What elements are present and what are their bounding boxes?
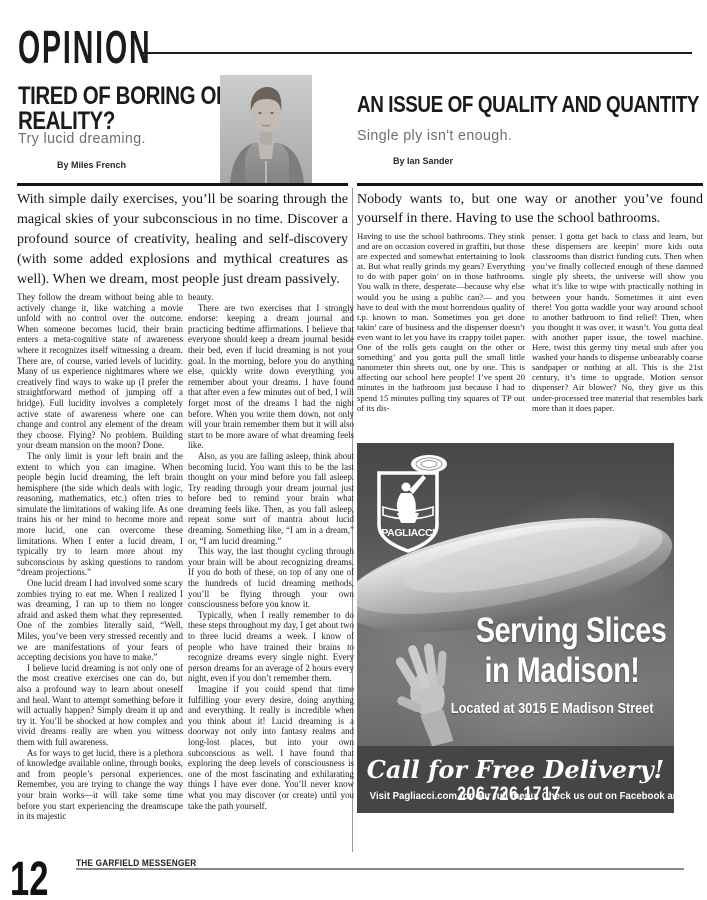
ad-headline-line1: Serving Slices: [476, 611, 648, 651]
left-article-column-1: They follow the dream without being able…: [17, 292, 183, 858]
paragraph: Imagine if you could spend that time ful…: [188, 684, 354, 811]
logo-banner-text: PIZZA: [399, 510, 418, 517]
right-article-header-rule: [357, 183, 703, 186]
ad-address: Located at 3015 E Madison Street: [451, 701, 653, 717]
ad-website-note: Visit Pagliacci.com for our full menu. C…: [370, 790, 662, 802]
ad-headline-line2: in Madison!: [476, 651, 648, 691]
paragraph: beauty.: [188, 292, 354, 303]
right-article-column-1: Having to use the school bathrooms. They…: [357, 231, 525, 433]
tossing-hand: [383, 637, 468, 746]
paragraph: This way, the last thought cycling throu…: [188, 546, 354, 610]
paragraph: Typically, when I really remember to do …: [188, 610, 354, 684]
right-article-headline: AN ISSUE OF QUALITY AND QUANTITY: [357, 93, 707, 116]
page-number: 12: [10, 856, 48, 900]
left-article-column-2: beauty. There are two exercises that I s…: [188, 292, 354, 858]
right-article-subhead: Single ply isn't enough.: [357, 127, 512, 144]
paragraph: They follow the dream without being able…: [17, 292, 183, 451]
paragraph: I believe lucid dreaming is not only one…: [17, 663, 183, 748]
left-article-header-rule: [17, 183, 348, 186]
ad-call-to-action: Call for Free Delivery!: [367, 755, 664, 784]
masthead-rule: [142, 52, 692, 54]
right-article-byline: By Ian Sander: [393, 156, 453, 166]
paragraph: There are two exercises that I strongly …: [188, 303, 354, 451]
newspaper-opinion-page: OPINION TIRED OF BORING OLD REALITY? Try…: [0, 0, 707, 900]
right-article-column-2: penser. I gotta get back to class and le…: [532, 231, 703, 433]
spinning-dough-icon: [411, 455, 447, 473]
pagliacci-advertisement: PIZZA PAGLIACCI Serving Slices in Madiso…: [357, 443, 674, 813]
author-portrait-photo: [220, 75, 312, 184]
logo-brand-text: PAGLIACCI: [381, 527, 435, 539]
paragraph: Having to use the school bathrooms. They…: [357, 231, 525, 413]
section-title: OPINION: [18, 20, 151, 74]
ad-artwork-area: PIZZA PAGLIACCI Serving Slices in Madiso…: [357, 443, 674, 746]
right-article-lead: Nobody wants to, but one way or another …: [357, 190, 703, 228]
paragraph: penser. I gotta get back to class and le…: [532, 231, 703, 413]
publication-name: THE GARFIELD MESSENGER: [76, 858, 196, 868]
left-article-byline: By Miles French: [57, 160, 126, 170]
portrait-illustration: [220, 75, 312, 184]
ad-contact-bar: Call for Free Delivery! 206.726.1717 Vis…: [357, 746, 674, 813]
paragraph: Also, as you are falling asleep, think a…: [188, 451, 354, 546]
paragraph: As for ways to get lucid, there is a ple…: [17, 748, 183, 822]
paragraph: One lucid dream I had involved some scar…: [17, 578, 183, 663]
paragraph: The only limit is your left brain and th…: [17, 451, 183, 578]
footer-rule: [76, 868, 684, 870]
left-article-lead: With simple daily exercises, you’ll be s…: [17, 190, 348, 290]
pagliacci-logo: PIZZA PAGLIACCI: [373, 451, 455, 553]
left-article-subhead: Try lucid dreaming.: [18, 130, 146, 147]
